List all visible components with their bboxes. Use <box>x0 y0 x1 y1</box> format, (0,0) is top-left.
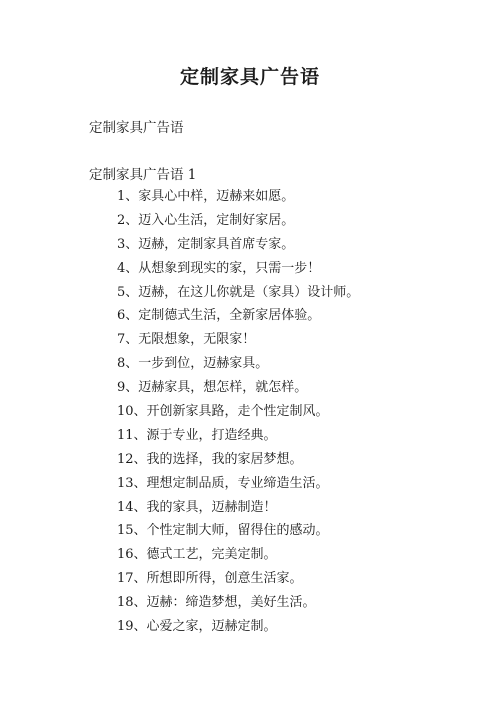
list-item: 13、理想定制品质，专业缔造生活。 <box>117 472 359 496</box>
list-item: 8、一步到位，迈赫家具。 <box>117 352 359 376</box>
list-item: 4、从想象到现实的家，只需一步！ <box>117 257 359 281</box>
list-item: 14、我的家具，迈赫制造！ <box>117 496 359 520</box>
list-item: 2、迈入心生活，定制好家居。 <box>117 209 359 233</box>
slogan-list: 1、家具心中样，迈赫来如愿。 2、迈入心生活，定制好家居。 3、迈赫，定制家具首… <box>117 185 359 639</box>
list-item: 12、我的选择，我的家居梦想。 <box>117 448 359 472</box>
list-item: 9、迈赫家具，想怎样，就怎样。 <box>117 376 359 400</box>
document-title: 定制家具广告语 <box>0 62 500 89</box>
list-item: 7、无限想象，无限家！ <box>117 328 359 352</box>
list-item: 16、德式工艺，完美定制。 <box>117 543 359 567</box>
list-item: 19、心爱之家，迈赫定制。 <box>117 615 359 639</box>
list-item: 1、家具心中样，迈赫来如愿。 <box>117 185 359 209</box>
list-item: 18、迈赫：缔造梦想，美好生活。 <box>117 591 359 615</box>
list-item: 3、迈赫，定制家具首席专家。 <box>117 233 359 257</box>
document-subtitle: 定制家具广告语 <box>89 116 184 136</box>
list-item: 10、开创新家具路，走个性定制风。 <box>117 400 359 424</box>
list-item: 5、迈赫，在这儿你就是（家具）设计师。 <box>117 281 359 305</box>
list-item: 11、源于专业，打造经典。 <box>117 424 359 448</box>
list-item: 6、定制德式生活，全新家居体验。 <box>117 304 359 328</box>
section-heading: 定制家具广告语 1 <box>89 163 196 183</box>
list-item: 15、个性定制大师，留得住的感动。 <box>117 519 359 543</box>
list-item: 17、所想即所得，创意生活家。 <box>117 567 359 591</box>
